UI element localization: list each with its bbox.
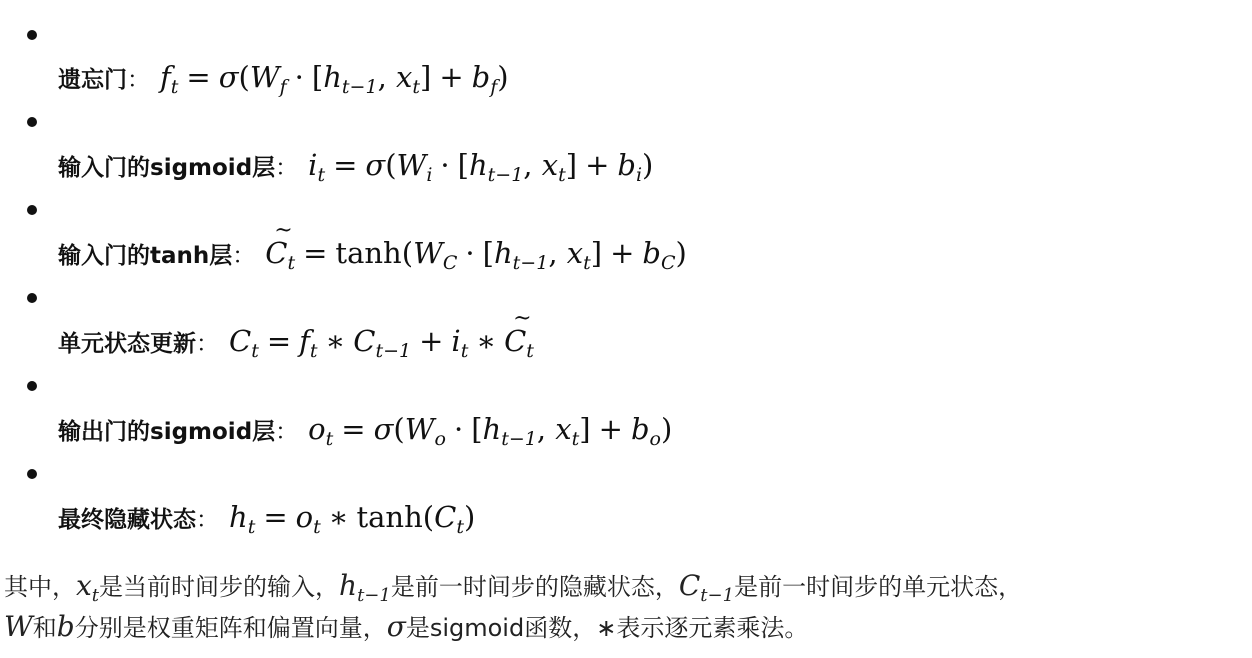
math-sub: t [248, 516, 256, 538]
math-sub: t [92, 585, 99, 606]
text: 分别是权重矩阵和偏置向量， [75, 614, 387, 642]
math-var: σ [387, 610, 406, 643]
bullet-icon [27, 293, 37, 303]
math-var: b [57, 610, 75, 643]
text: 是sigmoid函数， [406, 614, 596, 642]
math-sub: t−1 [357, 585, 391, 606]
gate-label: 最终隐藏状态 [58, 501, 196, 534]
explanation-paragraph: 其中，xt是当前时间步的输入，ht−1是前一时间步的隐藏状态，Ct−1是前一时间… [4, 566, 1022, 648]
bullet-icon [27, 30, 37, 40]
list-item-input-gate-tanh: 输入门的tanh层： Ct=tanh(WC·[ht−1, xt]+bC) [0, 176, 1200, 264]
math-op: ∗ [329, 500, 349, 534]
math-var: h [339, 569, 357, 602]
math-var: C [434, 500, 456, 534]
bullet-icon [27, 205, 37, 215]
list-item-forget-gate: 遗忘门： ft=σ(Wf·[ht−1, xt]+bf) [0, 0, 1200, 88]
hidden-state-formula: ht=ot∗tanh(Ct) [229, 500, 475, 534]
formula-line: 最终隐藏状态： ht=ot∗tanh(Ct) [58, 500, 475, 534]
list-item-final-hidden-state: 最终隐藏状态： ht=ot∗tanh(Ct) [0, 440, 1200, 528]
math-var: h [229, 500, 248, 534]
text: 其中， [4, 573, 76, 601]
bullet-icon [27, 381, 37, 391]
text: 是前一时间步的单元状态， [734, 573, 1022, 601]
math-sub: t−1 [700, 585, 734, 606]
text: 是当前时间步的输入， [99, 573, 339, 601]
colon: ： [196, 501, 219, 534]
bullet-icon [27, 117, 37, 127]
math-sub: t [456, 516, 464, 538]
text: 是前一时间步的隐藏状态， [391, 573, 679, 601]
math-sub: t [313, 516, 321, 538]
math-paren: ) [464, 500, 475, 534]
list-item-cell-state-update: 单元状态更新： Ct=ft∗Ct−1+it∗Ct [0, 264, 1200, 352]
explanation-line-1: 其中，xt是当前时间步的输入，ht−1是前一时间步的隐藏状态，Ct−1是前一时间… [4, 566, 1022, 607]
bullet-icon [27, 469, 37, 479]
math-var: W [4, 610, 33, 643]
explanation-line-2: W和b分别是权重矩阵和偏置向量，σ是sigmoid函数，∗表示逐元素乘法。 [4, 607, 1022, 648]
text: 和 [33, 614, 57, 642]
math-op: = [263, 500, 287, 534]
list-item-output-gate-sigmoid: 输出门的sigmoid层： ot=σ(Wo·[ht−1, xt]+bo) [0, 352, 1200, 440]
math-var: x [76, 569, 92, 602]
math-var: C [679, 569, 700, 602]
math-paren: ( [423, 500, 434, 534]
math-var: o [296, 500, 313, 534]
list-item-input-gate-sigmoid: 输入门的sigmoid层： it=σ(Wi·[ht−1, xt]+bi) [0, 88, 1200, 176]
math-func: tanh [356, 500, 422, 534]
text: ∗表示逐元素乘法。 [596, 614, 808, 642]
